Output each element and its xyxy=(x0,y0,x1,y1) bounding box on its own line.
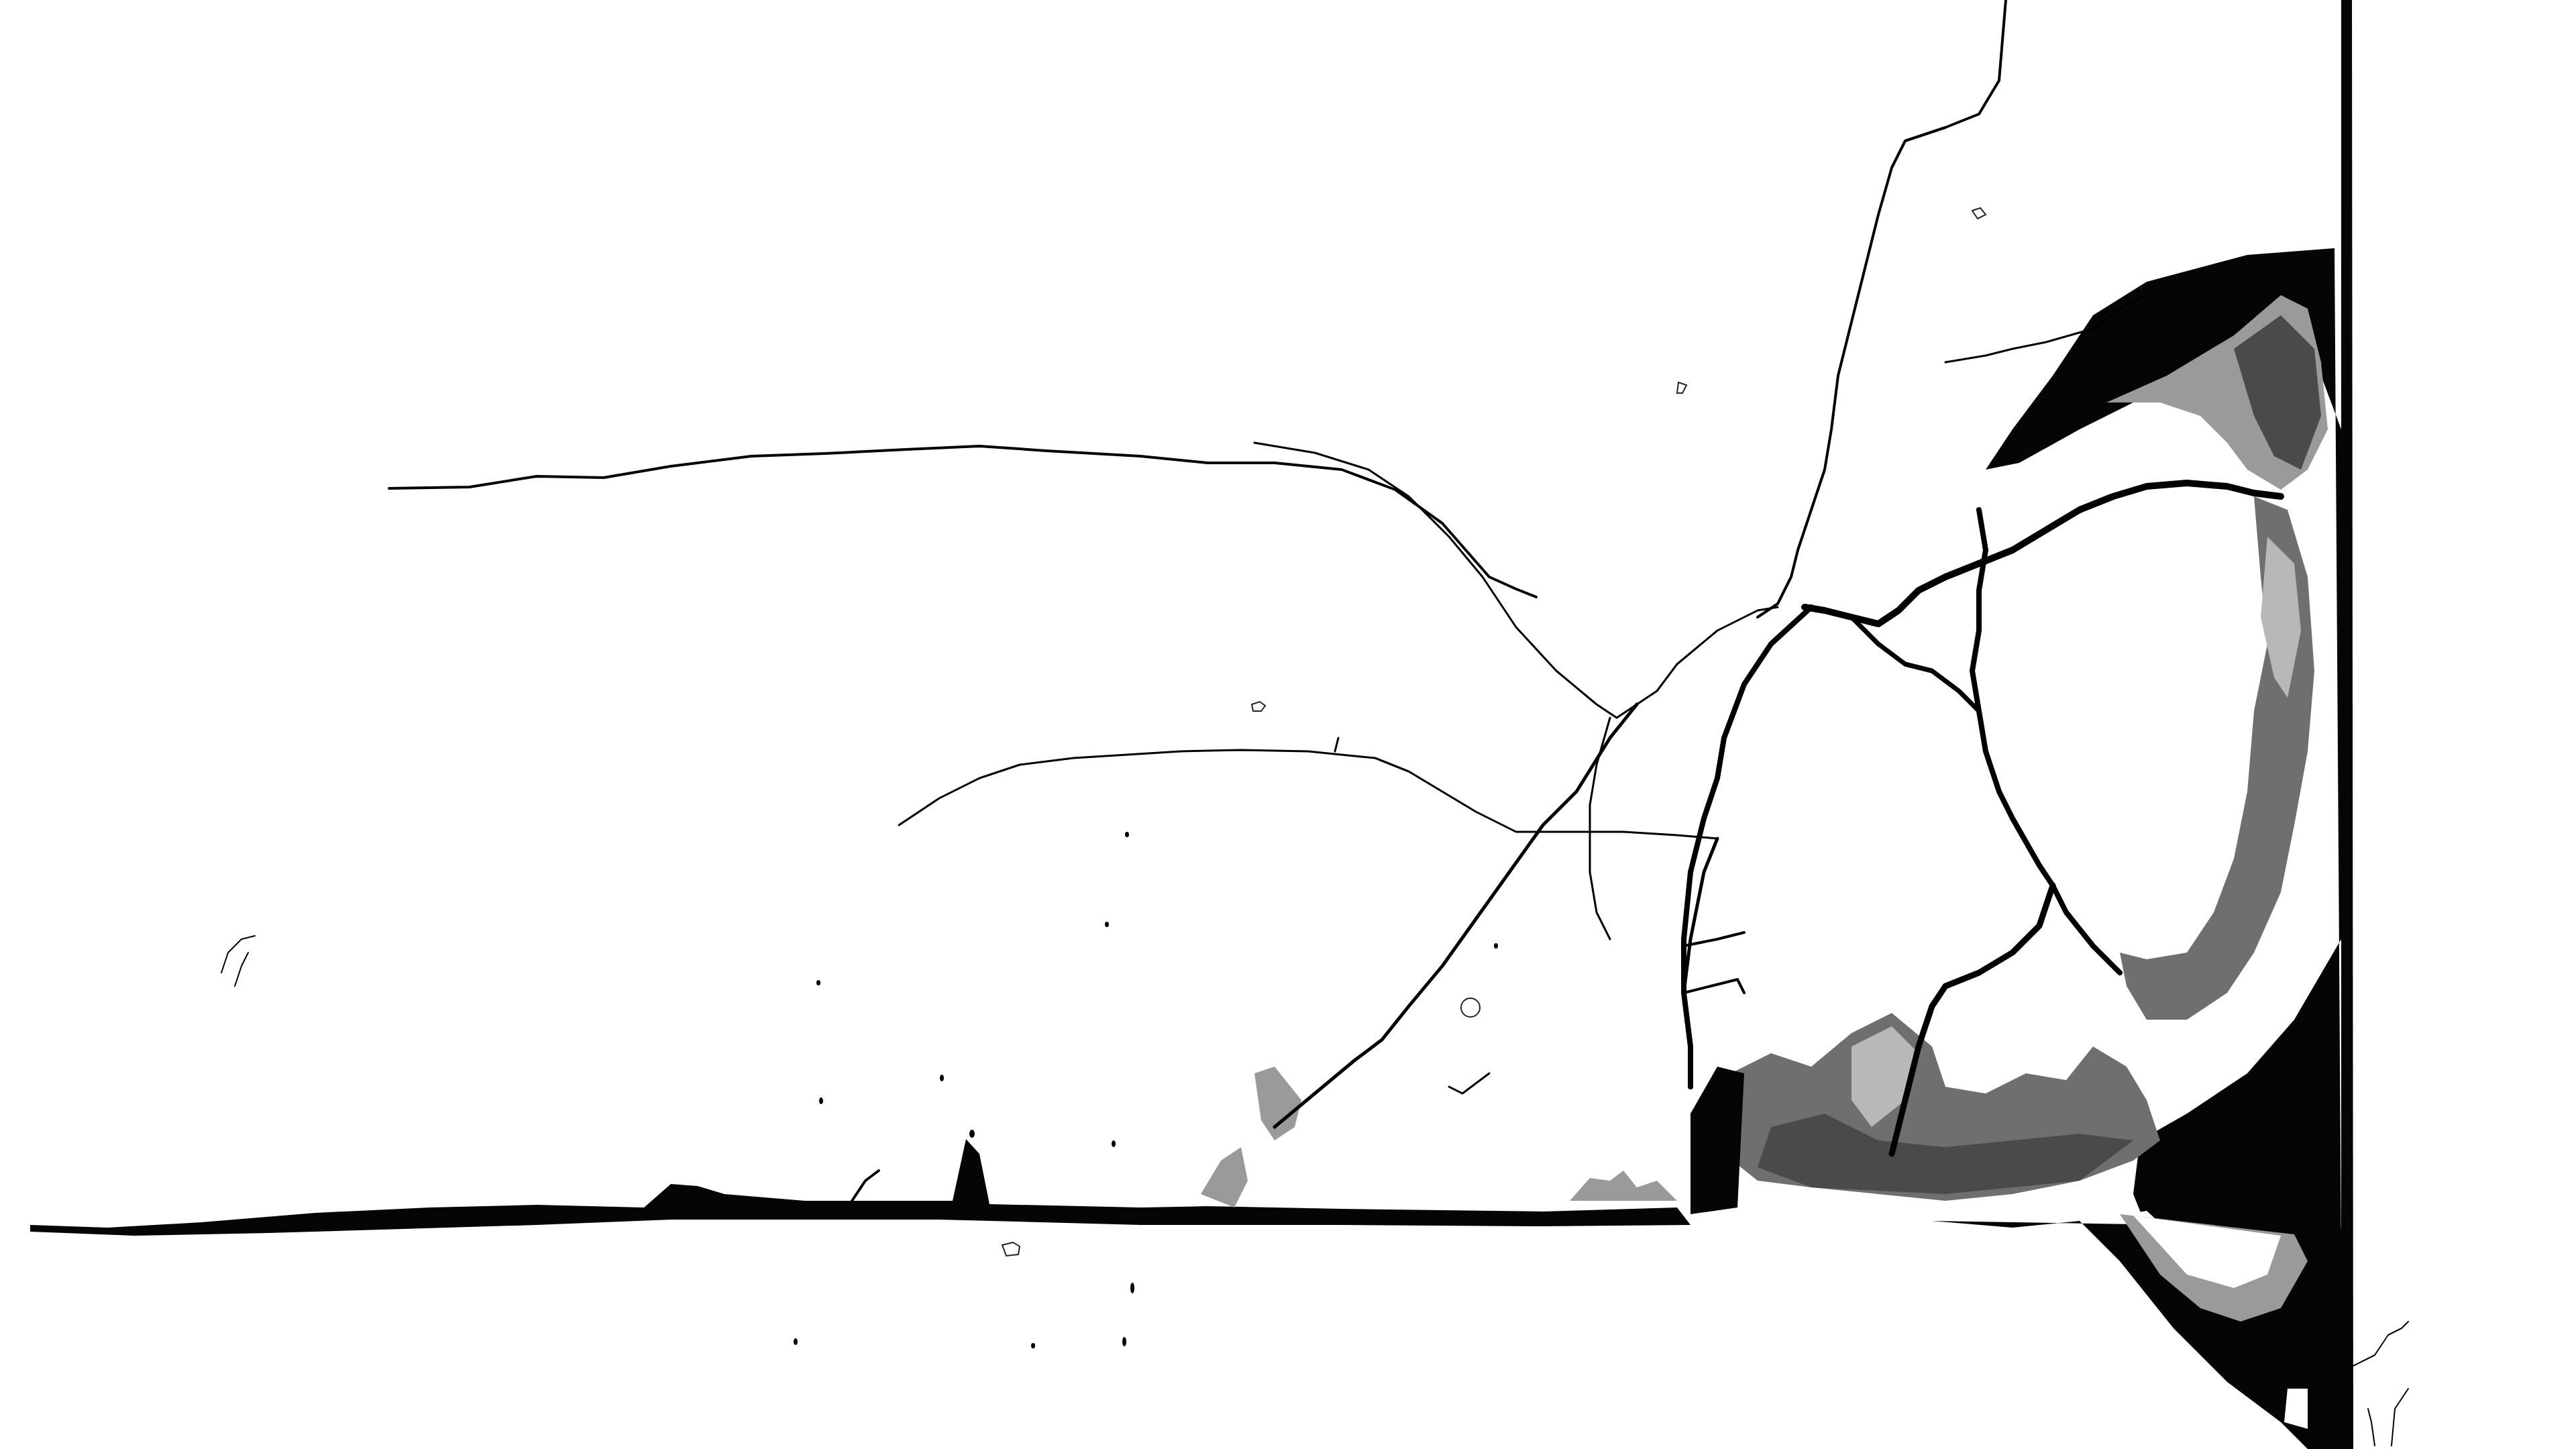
cracked-wall-illustration xyxy=(0,0,2576,1449)
lower-wedge-hole-2 xyxy=(2284,1389,2308,1429)
right-edge-wall xyxy=(2341,0,2353,1449)
